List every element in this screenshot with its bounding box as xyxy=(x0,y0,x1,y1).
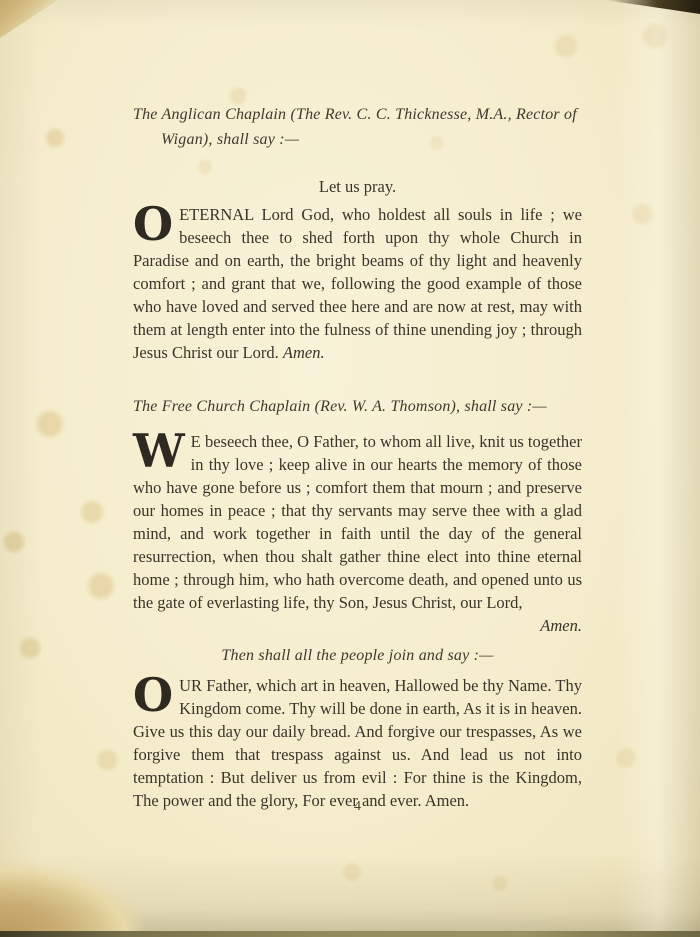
prayer-we-beseech: WE beseech thee, O Father, to whom all l… xyxy=(133,430,582,637)
dropcap-letter: W xyxy=(133,430,191,470)
dropcap-letter: O xyxy=(133,203,179,243)
prayer-body-text: Lord God, who holdest all souls in life … xyxy=(133,205,582,362)
page-corner-shadow-top-right xyxy=(605,0,700,14)
scanned-document-page: The Anglican Chaplain (The Rev. C. C. Th… xyxy=(0,0,700,937)
call-to-prayer: Let us pray. xyxy=(133,177,582,197)
rubric-free-church-chaplain: The Free Church Chaplain (Rev. W. A. Tho… xyxy=(133,394,591,419)
prayer-lead-caps: E xyxy=(191,432,201,451)
amen-text: Amen. xyxy=(133,614,582,637)
prayer-lead-caps: UR xyxy=(179,676,202,695)
amen-text: Amen. xyxy=(283,343,325,362)
page-number: 4 xyxy=(133,799,582,815)
rubric-anglican-chaplain: The Anglican Chaplain (The Rev. C. C. Th… xyxy=(133,102,619,152)
prayer-our-father: OUR Father, which art in heaven, Hallowe… xyxy=(133,674,582,812)
prayer-body-text: Father, which art in heaven, Hallowed be… xyxy=(133,676,582,810)
dropcap-letter: O xyxy=(133,674,179,714)
prayer-body-text: beseech thee, O Father, to whom all live… xyxy=(133,432,582,612)
page-corner-curl-bottom-left xyxy=(0,832,215,937)
page-corner-wear-top-left xyxy=(0,0,58,38)
prayer-o-eternal: OETERNAL Lord God, who holdest all souls… xyxy=(133,203,582,364)
prayer-lead-caps: ETERNAL xyxy=(179,205,254,224)
rubric-people-join: Then shall all the people join and say :… xyxy=(133,643,582,668)
page-edge-shadow-bottom xyxy=(0,931,700,937)
